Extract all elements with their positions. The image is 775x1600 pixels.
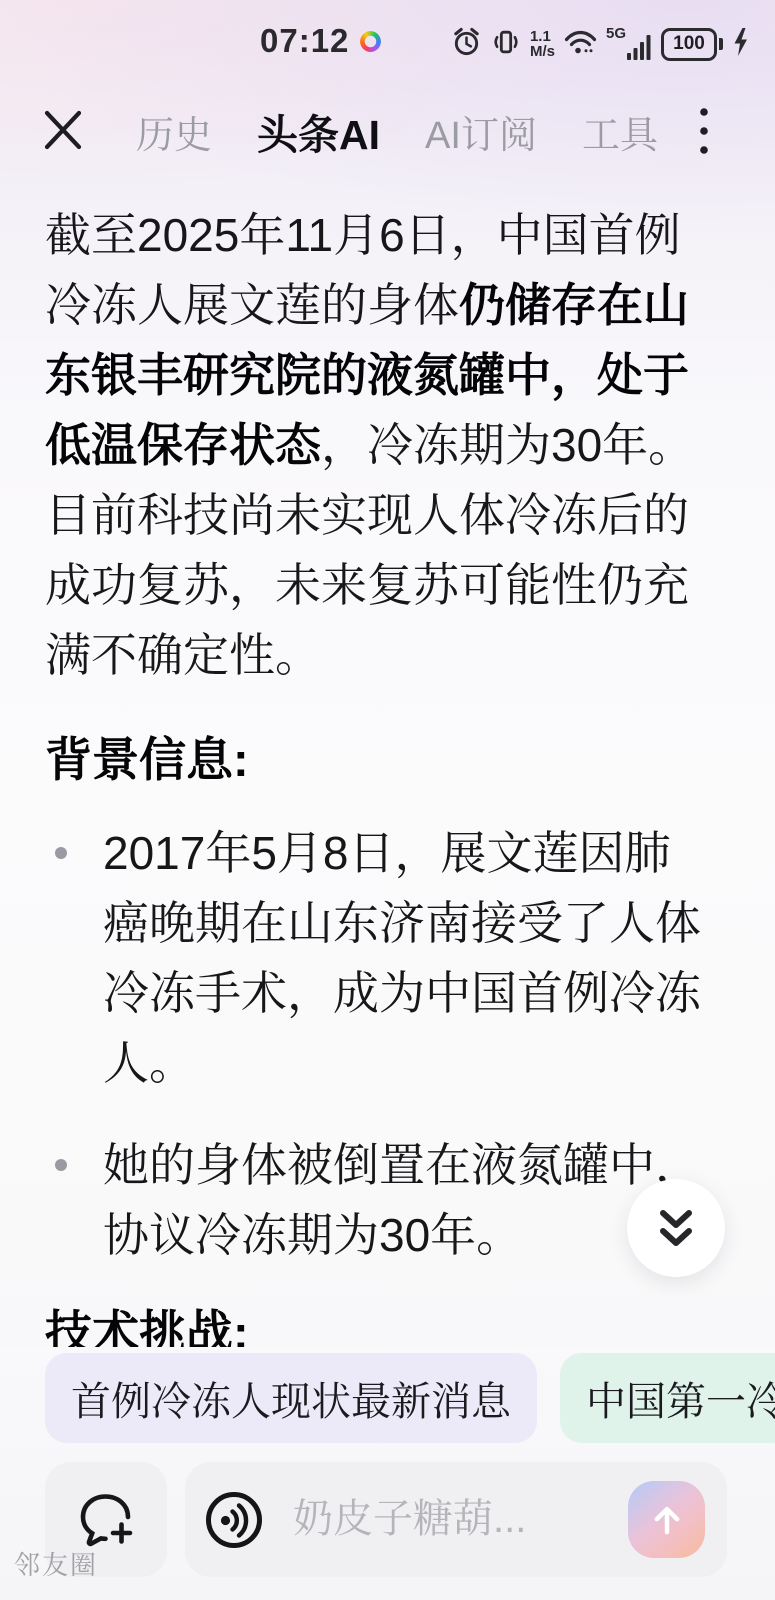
text-line: 癌晚期在山东济南接受了人体 bbox=[103, 888, 745, 958]
assistant-ring-icon bbox=[360, 31, 381, 52]
text-line: 2017年5月8日，展文莲因肺 bbox=[103, 818, 745, 888]
watermark: 邻友圈 bbox=[14, 1545, 98, 1582]
tab-toutiao-ai[interactable]: 头条AI bbox=[257, 102, 380, 161]
vibrate-icon bbox=[491, 27, 521, 62]
answer-paragraph: 截至2025年11月6日，中国首例冷冻人展文莲的身体仍储存在山东银丰研究院的液氮… bbox=[45, 200, 745, 690]
text-line: 目前科技尚未实现人体冷冻后的 bbox=[45, 480, 745, 550]
scroll-to-bottom-button[interactable] bbox=[627, 1179, 725, 1277]
text-line: 成功复苏，未来复苏可能性仍充 bbox=[45, 550, 745, 620]
kebab-menu-icon bbox=[699, 106, 709, 156]
tab-history[interactable]: 历史 bbox=[136, 104, 212, 159]
charging-bolt-icon bbox=[732, 27, 749, 62]
tab-tools[interactable]: 工具 bbox=[582, 104, 658, 159]
text-line: 东银丰研究院的液氮罐中，处于 bbox=[45, 340, 745, 410]
text-line: 冷冻手术，成为中国首例冷冻 bbox=[103, 958, 745, 1028]
bullet-dot bbox=[55, 1159, 67, 1171]
double-chevron-down-icon bbox=[653, 1205, 699, 1251]
status-icons: 1.1 M/s 5G 100 bbox=[451, 24, 749, 64]
status-time-group: 07:12 bbox=[260, 22, 381, 60]
more-menu-button[interactable] bbox=[692, 104, 716, 158]
text-line: 低温保存状态，冷冻期为30年。 bbox=[45, 410, 745, 480]
close-button[interactable] bbox=[42, 106, 84, 154]
suggestion-chip-2[interactable]: 中国第一冷 bbox=[560, 1353, 775, 1443]
close-icon bbox=[43, 108, 83, 152]
network-speed: 1.1 M/s bbox=[530, 29, 555, 59]
bullet-dot bbox=[55, 847, 67, 859]
new-chat-bubble-icon bbox=[74, 1488, 138, 1552]
voice-input-button[interactable] bbox=[203, 1489, 265, 1551]
text-line: 冷冻人展文莲的身体仍储存在山 bbox=[45, 270, 745, 340]
nav-tabs: 历史 头条AI AI订阅 工具 bbox=[136, 100, 658, 162]
text-line: 截至2025年11月6日，中国首例 bbox=[45, 200, 745, 270]
text-line: 人。 bbox=[103, 1028, 745, 1098]
alarm-icon bbox=[451, 26, 482, 62]
app-screen: 07:12 1.1 M/s bbox=[0, 0, 775, 1600]
suggestion-chip-1[interactable]: 首例冷冻人现状最新消息 bbox=[45, 1353, 537, 1443]
wifi-icon bbox=[564, 28, 597, 60]
voice-wave-icon bbox=[204, 1490, 264, 1550]
arrow-up-icon bbox=[641, 1494, 693, 1546]
bottom-panel: 首例冷冻人现状最新消息 中国第一冷 bbox=[0, 1347, 775, 1600]
section-heading-background: 背景信息: bbox=[45, 725, 745, 795]
send-button[interactable] bbox=[628, 1481, 705, 1558]
bullet-item: 2017年5月8日，展文莲因肺癌晚期在山东济南接受了人体冷冻手术，成为中国首例冷… bbox=[45, 818, 745, 1098]
message-text-input[interactable] bbox=[291, 1496, 625, 1543]
battery-icon: 100 bbox=[661, 28, 723, 61]
clock-text: 07:12 bbox=[260, 22, 349, 60]
text-line: 满不确定性。 bbox=[45, 620, 745, 690]
tab-ai-subscribe[interactable]: AI订阅 bbox=[425, 104, 537, 159]
chat-input-field[interactable] bbox=[185, 1462, 727, 1577]
signal-icon: 5G bbox=[606, 27, 652, 62]
